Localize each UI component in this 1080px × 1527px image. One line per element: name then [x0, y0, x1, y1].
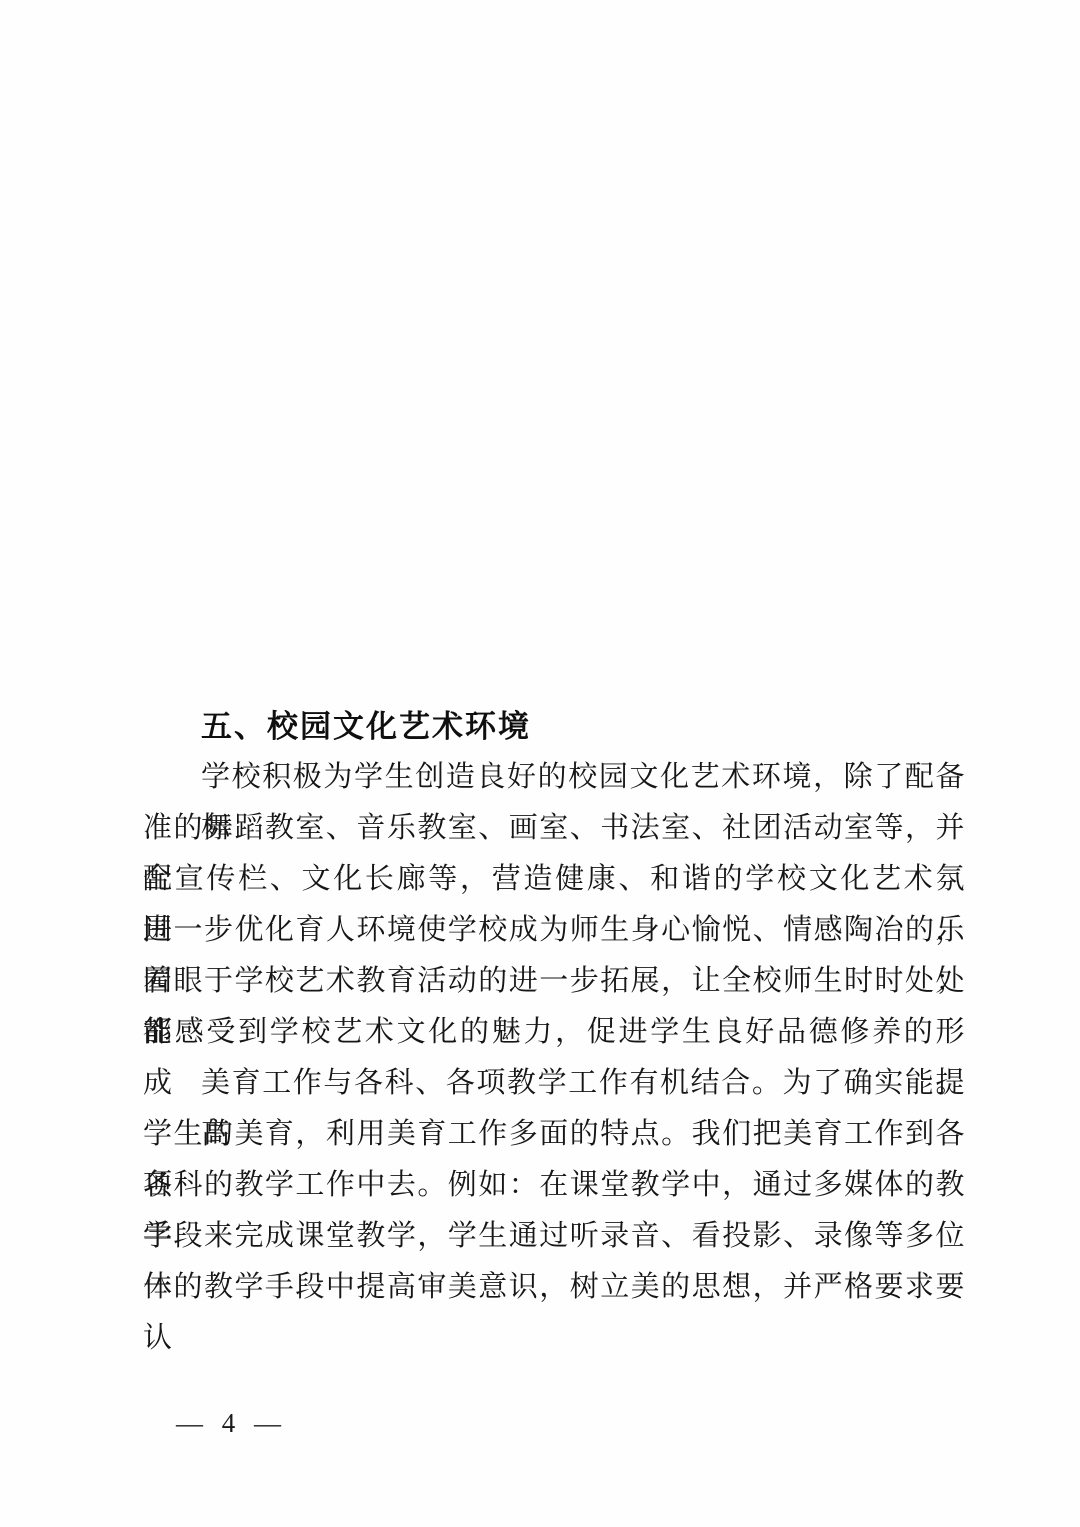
text-block: 五、校园文化艺术环境 学校积极为学生创造良好的校园文化艺术环境，除了配备标 准的…	[143, 701, 965, 1313]
paragraph1-line-3: 合宣传栏、文化长廊等，营造健康、和谐的学校文化艺术氛围，	[143, 854, 965, 905]
paragraph2-line-1: 美育工作与各科、各项教学工作有机结合。为了确实能提高	[143, 1058, 965, 1109]
paragraph1-line-5: 着眼于学校艺术教育活动的进一步拓展，让全校师生时时处处都	[143, 956, 965, 1007]
paragraph1-line-4: 进一步优化育人环境使学校成为师生身心愉悦、情感陶冶的乐园；	[143, 905, 965, 956]
paragraph1-line-2: 准的舞蹈教室、音乐教室、画室、书法室、社团活动室等，并配	[143, 803, 965, 854]
paragraph2-line-3: 各科的教学工作中去。例如：在课堂教学中，通过多媒体的教学	[143, 1160, 965, 1211]
paragraph2-line-4: 手段来完成课堂教学，学生通过听录音、看投影、录像等多位一	[143, 1211, 965, 1262]
paragraph2-line-5: 体的教学手段中提高审美意识，树立美的思想，并严格要求要认	[143, 1262, 965, 1313]
paragraph1-line-6: 能感受到学校艺术文化的魅力，促进学生良好品德修养的形成。	[143, 1007, 965, 1058]
page-number: — 4 —	[176, 1398, 287, 1448]
section-heading: 五、校园文化艺术环境	[143, 701, 965, 752]
document-page: 五、校园文化艺术环境 学校积极为学生创造良好的校园文化艺术环境，除了配备标 准的…	[0, 0, 1080, 1527]
paragraph1-line-1: 学校积极为学生创造良好的校园文化艺术环境，除了配备标	[143, 752, 965, 803]
paragraph2-line-2: 学生的美育，利用美育工作多面的特点。我们把美育工作到各项	[143, 1109, 965, 1160]
